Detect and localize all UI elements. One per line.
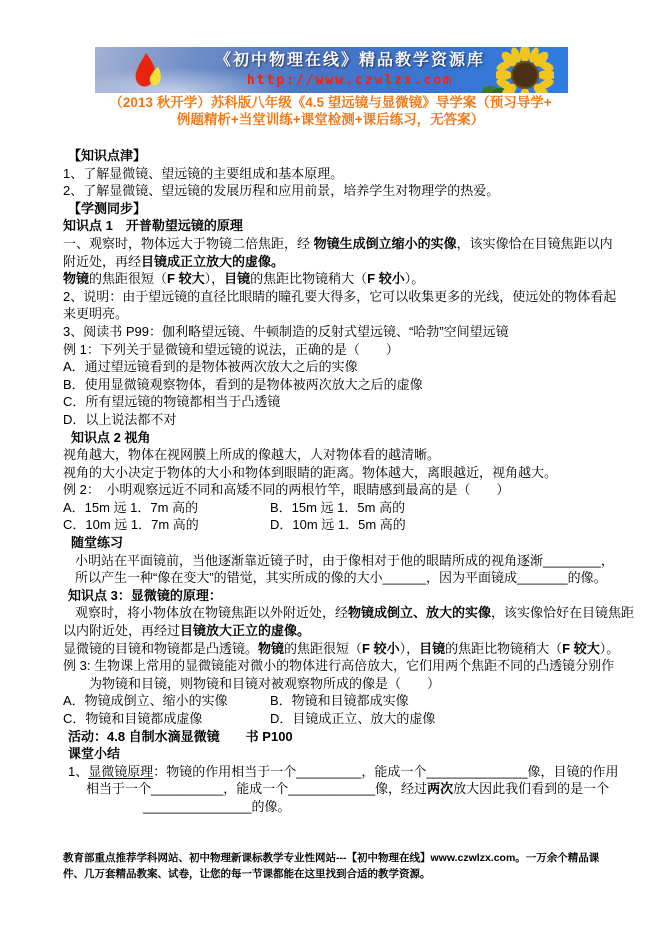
text-segment: 知识点 3：显微镜的原理： xyxy=(68,588,222,603)
text-line: 活动：4.8 自制水滴显微镜 书 P100 xyxy=(63,728,603,746)
text-segment: 视角的大小决定于物体的大小和物体到眼睛的距离。物体越大，离眼越近，视角越大。 xyxy=(63,465,557,480)
text-segment: 一、观察时，物体远大于物镜二倍焦距，经 xyxy=(63,236,314,251)
text-segment: 知识点 2 视角 xyxy=(71,430,150,445)
text-line: _______________的像。 xyxy=(63,798,603,816)
text-line: A．物镜成倒立、缩小的实像B．物镜和目镜都成实像 xyxy=(63,692,603,710)
text-line: 来更明亮。 xyxy=(63,305,603,323)
text-segment: 1、 xyxy=(68,764,88,779)
text-segment: 小明站在平面镜前，当他逐渐靠近镜子时，由于像相对于他的眼睛所成的视角逐渐____… xyxy=(75,553,614,568)
text-segment: ）， xyxy=(400,641,420,656)
text-segment: 以内附近处，再经过 xyxy=(63,623,180,638)
text-segment: F 较大 xyxy=(167,271,205,286)
text-segment: 物镜生成倒立缩小的实像 xyxy=(314,236,457,251)
text-segment: 两次 xyxy=(427,781,453,796)
text-segment: 课堂小结 xyxy=(68,746,120,761)
option-text: C．10m 远 1．7m 高的 xyxy=(63,516,270,534)
text-line: 显微镜的目镜和物镜都是凸透镜。物镜的焦距很短（F 较小），目镜的焦距比物镜稍大（… xyxy=(63,640,603,658)
option-text: B．15m 远 1．5m 高的 xyxy=(270,499,405,517)
text-segment: 目镜放大正立的虚像。 xyxy=(180,623,310,638)
text-line: 小明站在平面镜前，当他逐渐靠近镜子时，由于像相对于他的眼睛所成的视角逐渐____… xyxy=(63,552,603,570)
text-segment: 为物镜和目镜，则物镜和目镜对被观察物所成的像是（ ） xyxy=(89,676,440,691)
text-segment: _______________的像。 xyxy=(143,799,290,814)
text-segment: 【知识点津】 xyxy=(68,148,146,163)
text-segment: 物镜成倒立、放大的实像 xyxy=(348,605,491,620)
page-title: （2013 秋开学）苏科版八年级《4.5 望远镜与显微镜》导学案（预习导学+ 例… xyxy=(30,95,631,128)
text-line: D．以上说法都不对 xyxy=(63,411,603,429)
text-line: 例 2： 小明观察远近不同和高矮不同的两根竹竿，眼睛感到最高的是（ ） xyxy=(63,481,603,499)
text-line: 课堂小结 xyxy=(63,745,603,763)
text-segment: ，该实像恰在目镜焦距以内 xyxy=(457,236,613,251)
text-segment: 显微镜原理 xyxy=(88,764,153,779)
text-segment: B．使用显微镜观察物体，看到的是物体被两次放大之后的虚像 xyxy=(63,377,423,392)
sunflower-icon xyxy=(496,47,554,93)
text-segment: 视角越大，物体在视网膜上所成的像越大，人对物体看的越清晰。 xyxy=(63,447,440,462)
text-segment: ，该实像恰好在目镜焦距 xyxy=(491,605,634,620)
text-line: 视角的大小决定于物体的大小和物体到眼睛的距离。物体越大，离眼越近，视角越大。 xyxy=(63,464,603,482)
site-banner: 《初中物理在线》精品教学资源库 http://www.czwlzx.com xyxy=(95,47,568,93)
option-text: D．10m 远 1．5m 高的 xyxy=(270,516,406,534)
text-segment: 目镜 xyxy=(419,641,445,656)
text-segment: 相当于一个__________，能成一个____________像，经过 xyxy=(86,781,427,796)
page-title-line1: （2013 秋开学）苏科版八年级《4.5 望远镜与显微镜》导学案（预习导学+ xyxy=(30,95,631,112)
text-segment: A．通过望远镜看到的是物体被两次放大之后的实像 xyxy=(63,359,358,374)
text-line: 3、阅读书 P99：伽利略望远镜、牛顿制造的反射式望远镜、“哈勃”空间望远镜 xyxy=(63,323,603,341)
text-segment: 的焦距很短（ xyxy=(284,641,362,656)
text-segment: 所以产生一种“像在变大”的错觉，其实所成的像的大小______，因为平面镜成__… xyxy=(75,570,607,585)
text-segment: 物镜 xyxy=(258,641,284,656)
text-segment: 来更明亮。 xyxy=(63,306,128,321)
text-line: 例 1：下列关于显微镜和望远镜的说法，正确的是（ ） xyxy=(63,341,603,359)
text-line: C．所有望远镜的物镜都相当于凸透镜 xyxy=(63,393,603,411)
text-segment: ）。 xyxy=(405,271,425,286)
text-segment: 目镜 xyxy=(224,271,250,286)
document-body: 【知识点津】1、了解显微镜、望远镜的主要组成和基本原理。2、了解显微镜、望远镜的… xyxy=(63,147,603,816)
text-segment: ）。 xyxy=(600,641,620,656)
text-line: A．通过望远镜看到的是物体被两次放大之后的实像 xyxy=(63,358,603,376)
footer-line1: 教育部重点推荐学科网站、初中物理新课标教学专业性网站---【初中物理在线】www… xyxy=(63,851,603,867)
text-line: 以内附近处，再经过目镜放大正立的虚像。 xyxy=(63,622,603,640)
text-line: 视角越大，物体在视网膜上所成的像越大，人对物体看的越清晰。 xyxy=(63,446,603,464)
text-segment: C．所有望远镜的物镜都相当于凸透镜 xyxy=(63,394,280,409)
text-segment: ）， xyxy=(205,271,225,286)
text-segment: 随堂练习 xyxy=(71,535,123,550)
text-line: B．使用显微镜观察物体，看到的是物体被两次放大之后的虚像 xyxy=(63,376,603,394)
text-line: 2、了解显微镜、望远镜的发展历程和应用前景，培养学生对物理学的热爱。 xyxy=(63,182,603,200)
text-line: C．物镜和目镜都成虚像D．目镜成正立、放大的虚像 xyxy=(63,710,603,728)
text-segment: ：物镜的作用相当于一个_________，能成一个______________像… xyxy=(153,764,618,779)
site-logo-flame-icon xyxy=(125,51,173,93)
text-segment: 2、说明：由于望远镜的直径比眼睛的瞳孔要大得多，它可以收集更多的光线，使远处的物… xyxy=(63,289,616,304)
text-line: C．10m 远 1．7m 高的D．10m 远 1．5m 高的 xyxy=(63,516,603,534)
text-segment: 例 1：下列关于显微镜和望远镜的说法，正确的是（ ） xyxy=(63,342,399,357)
text-segment: F 较小 xyxy=(362,641,400,656)
footer-line2: 件、几万套精品教案、试卷，让您的每一节课都能在这里找到合适的教学资源。 xyxy=(63,867,603,883)
text-segment: 1、了解显微镜、望远镜的主要组成和基本原理。 xyxy=(63,166,343,181)
site-title: 《初中物理在线》精品教学资源库 xyxy=(185,50,515,72)
option-text: C．物镜和目镜都成虚像 xyxy=(63,710,270,728)
text-segment: 的焦距比物镜稍大（ xyxy=(250,271,367,286)
option-text: A．物镜成倒立、缩小的实像 xyxy=(63,692,270,710)
text-segment: F 较小 xyxy=(367,271,405,286)
option-text: D．目镜成正立、放大的虚像 xyxy=(270,710,435,728)
text-segment: 目镜成正立放大的虚像。 xyxy=(141,254,284,269)
text-segment: 【学测同步】 xyxy=(68,201,146,216)
text-line: 1、显微镜原理：物镜的作用相当于一个_________，能成一个________… xyxy=(63,763,603,781)
text-line: 知识点 2 视角 xyxy=(63,429,603,447)
site-url: http://www.czwlzx.com xyxy=(185,72,515,89)
text-segment: 的焦距比物镜稍大（ xyxy=(445,641,562,656)
text-segment: 3、阅读书 P99：伽利略望远镜、牛顿制造的反射式望远镜、“哈勃”空间望远镜 xyxy=(63,324,509,339)
text-segment: 活动：4.8 自制水滴显微镜 书 P100 xyxy=(68,729,293,744)
option-text: B．物镜和目镜都成实像 xyxy=(270,692,409,710)
option-text: A．15m 远 1．7m 高的 xyxy=(63,499,270,517)
text-segment: 例 3: 生物课上常用的显微镜能对微小的物体进行高倍放大，它们用两个焦距不同的凸… xyxy=(63,658,614,673)
text-line: 1、了解显微镜、望远镜的主要组成和基本原理。 xyxy=(63,165,603,183)
text-segment: F 较大 xyxy=(562,641,600,656)
text-segment: 放大因此我们看到的是一个 xyxy=(453,781,609,796)
text-line: 观察时，将小物体放在物镜焦距以外附近处，经物镜成倒立、放大的实像，该实像恰好在目… xyxy=(63,604,603,622)
text-segment: 附近处，再经 xyxy=(63,254,141,269)
text-line: 附近处，再经目镜成正立放大的虚像。 xyxy=(63,253,603,271)
text-line: 知识点 3：显微镜的原理： xyxy=(63,587,603,605)
text-line: 【知识点津】 xyxy=(63,147,603,165)
text-segment: 物镜 xyxy=(63,271,89,286)
text-segment: 显微镜的目镜和物镜都是凸透镜。 xyxy=(63,641,258,656)
text-line: 为物镜和目镜，则物镜和目镜对被观察物所成的像是（ ） xyxy=(63,675,603,693)
text-line: 【学测同步】 xyxy=(63,200,603,218)
text-segment: 知识点 1 开普勒望远镜的原理 xyxy=(63,218,243,233)
text-segment: 2、了解显微镜、望远镜的发展历程和应用前景，培养学生对物理学的热爱。 xyxy=(63,183,499,198)
text-segment: 观察时，将小物体放在物镜焦距以外附近处，经 xyxy=(75,605,348,620)
footer-text: 教育部重点推荐学科网站、初中物理新课标教学专业性网站---【初中物理在线】www… xyxy=(63,851,603,882)
text-segment: 例 2： 小明观察远近不同和高矮不同的两根竹竿，眼睛感到最高的是（ ） xyxy=(63,482,509,497)
text-line: 2、说明：由于望远镜的直径比眼睛的瞳孔要大得多，它可以收集更多的光线，使远处的物… xyxy=(63,288,603,306)
text-line: 知识点 1 开普勒望远镜的原理 xyxy=(63,217,603,235)
text-segment: 的焦距很短（ xyxy=(89,271,167,286)
text-line: 例 3: 生物课上常用的显微镜能对微小的物体进行高倍放大，它们用两个焦距不同的凸… xyxy=(63,657,603,675)
text-line: 所以产生一种“像在变大”的错觉，其实所成的像的大小______，因为平面镜成__… xyxy=(63,569,603,587)
text-segment: D．以上说法都不对 xyxy=(63,412,176,427)
text-line: 一、观察时，物体远大于物镜二倍焦距，经 物镜生成倒立缩小的实像，该实像恰在目镜焦… xyxy=(63,235,603,253)
text-line: 物镜的焦距很短（F 较大），目镜的焦距比物镜稍大（F 较小）。 xyxy=(63,270,603,288)
text-line: 随堂练习 xyxy=(63,534,603,552)
text-line: 相当于一个__________，能成一个____________像，经过两次放大… xyxy=(63,780,603,798)
text-line: A．15m 远 1．7m 高的B．15m 远 1．5m 高的 xyxy=(63,499,603,517)
page-title-line2: 例题精析+当堂训练+课堂检测+课后练习，无答案） xyxy=(30,112,631,129)
